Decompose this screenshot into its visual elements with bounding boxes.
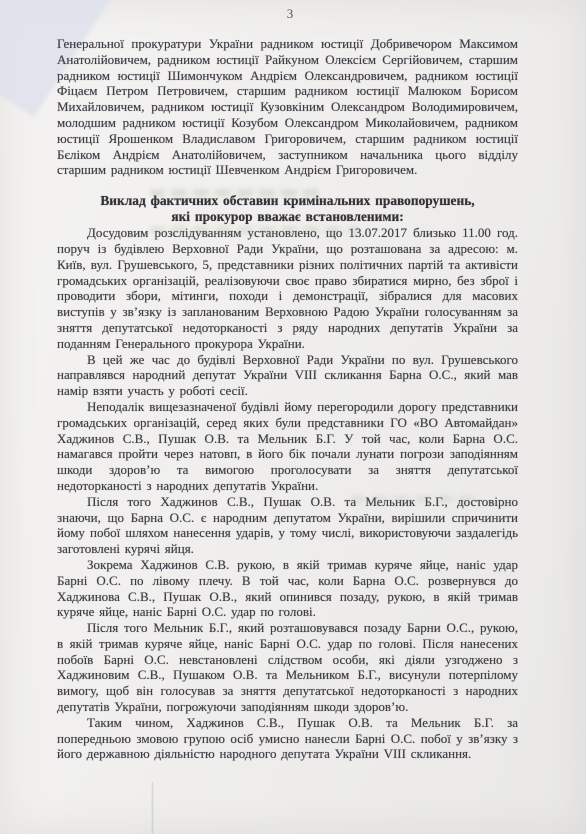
section-heading: Виклад фактичних обставин кримінальних п… xyxy=(57,193,518,225)
body-paragraph-4: Після того Хаджинов С.В., Пушак О.В. та … xyxy=(57,494,518,557)
body-paragraph-7: Таким чином, Хаджинов С.В., Пушак О.В. т… xyxy=(57,715,518,762)
scanned-page: 3 Генеральної прокуратури України радник… xyxy=(0,0,586,834)
body-paragraph-5: Зокрема Хаджинов С.В. рукою, в якій трим… xyxy=(57,557,518,620)
section-heading-line-2: які прокурор вважає встановленими: xyxy=(171,209,403,224)
body-paragraph-3: Неподалік вищезазначеної будівлі йому пе… xyxy=(57,399,518,494)
body-paragraph-6: Після того Мельник Б.Г., який розташовув… xyxy=(57,620,518,715)
bleed-through-artifact xyxy=(150,226,360,234)
page-number: 3 xyxy=(57,6,523,22)
continuation-paragraph: Генеральної прокуратури України радником… xyxy=(57,36,518,178)
body-paragraph-1: Досудовим розслідуванням установлено, що… xyxy=(57,225,518,351)
bleed-through-artifact xyxy=(350,495,480,503)
bleed-through-artifact xyxy=(150,189,320,197)
document-body: Генеральної прокуратури України радником… xyxy=(57,36,518,762)
scan-crease-artifact xyxy=(152,782,153,834)
body-paragraph-2: В цей же час до будівлі Верховної Ради У… xyxy=(57,352,518,399)
